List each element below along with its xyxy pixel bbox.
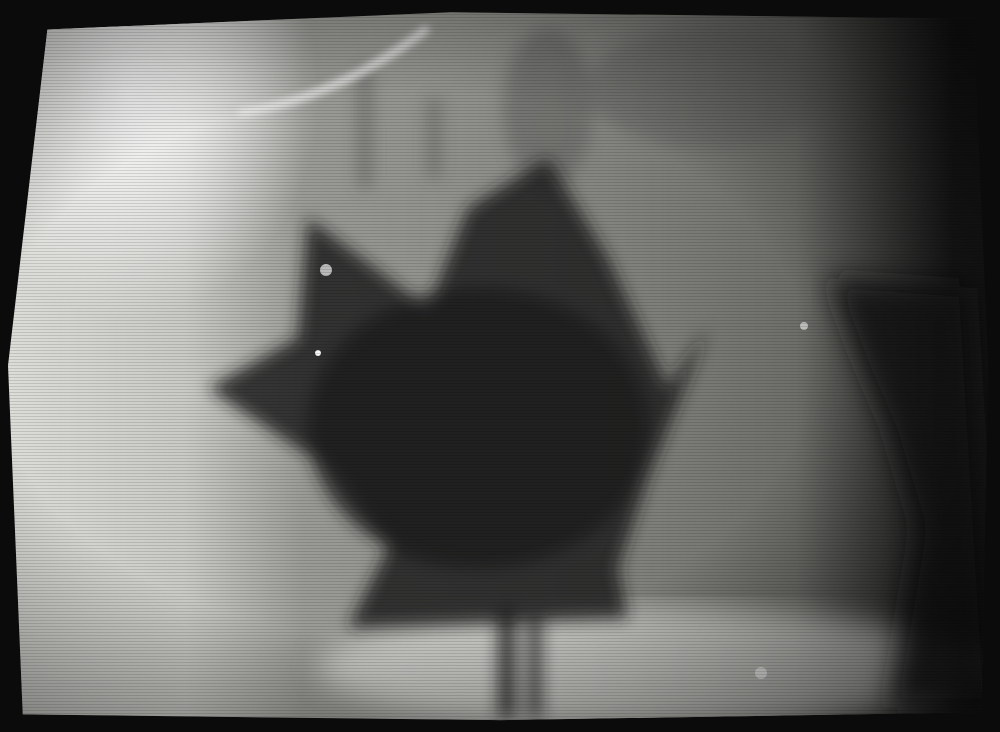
tree-scene <box>8 8 993 723</box>
crt-screen <box>8 8 993 723</box>
light-streak <box>238 28 428 113</box>
monitor-bezel <box>0 0 1000 732</box>
background-trees <box>358 28 828 188</box>
